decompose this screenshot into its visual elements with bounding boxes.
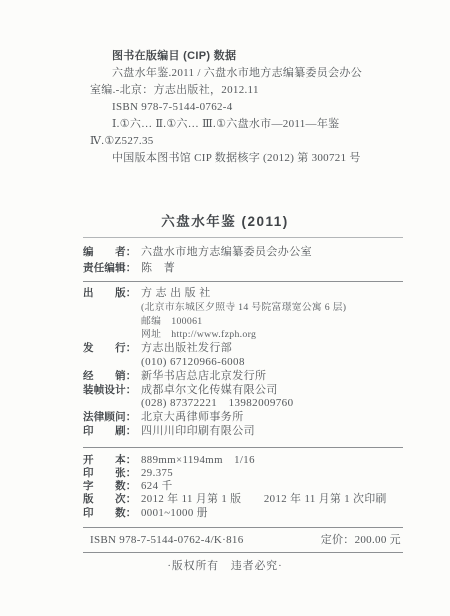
row-label: 编 者：: [83, 244, 141, 260]
row-value: 2012 年 11 月第 1 版 2012 年 11 月第 1 次印刷: [141, 493, 403, 506]
row-label: 印 张：: [83, 467, 141, 480]
row-value: 北京大禹律师事务所: [141, 411, 403, 425]
row-label: 法律顾问：: [83, 411, 141, 425]
editorial-block: 编 者： 六盘水市地方志编纂委员会办公室 责任编辑： 陈 菁: [83, 238, 403, 281]
row-value: 0001~1000 册: [141, 507, 403, 520]
row-label: 发 行：: [83, 342, 141, 356]
cip-block: 图书在版编目 (CIP) 数据 六盘水年鉴.2011 / 六盘水市地方志编纂委员…: [83, 48, 403, 167]
cip-line: 室编.-北京：方志出版社，2012.11: [90, 82, 403, 99]
publisher-row: 出 版： 方 志 出 版 社 (北京市东城区夕照寺 14 号院富璟宽公寓 6 层…: [83, 287, 403, 342]
publisher-address: (北京市东城区夕照寺 14 号院富璟宽公寓 6 层): [141, 301, 403, 315]
editor-row: 编 者： 六盘水市地方志编纂委员会办公室: [83, 244, 403, 260]
distributor-phone: (010) 67120966-6008: [141, 356, 403, 370]
publisher-name: 方 志 出 版 社: [141, 287, 403, 301]
law-firm-name: 北京大禹律师事务所: [141, 411, 403, 425]
row-label: 开 本：: [83, 454, 141, 467]
design-row: 装帧设计： 成都卓尔文化传媒有限公司 (028) 87372221 139820…: [83, 384, 403, 412]
copyright-notice: ·版权所有 违者必究·: [65, 558, 385, 573]
cip-classification-line: Ⅳ.①Z527.35: [90, 133, 403, 150]
row-label: 装帧设计：: [83, 384, 141, 398]
row-value: 陈 菁: [141, 260, 403, 276]
distributor-name: 方志出版社发行部: [141, 342, 403, 356]
retail-row: 经 销： 新华书店总店北京发行所: [83, 370, 403, 384]
row-value: 29.375: [141, 467, 403, 480]
row-label: 责任编辑：: [83, 260, 141, 276]
row-label: 字 数：: [83, 480, 141, 493]
website-url: 网址 http://www.fzph.org: [141, 328, 403, 342]
format-row: 开 本： 889mm×1194mm 1/16: [83, 454, 403, 467]
book-title: 六盘水年鉴 (2011): [65, 213, 385, 231]
price: 定价：200.00 元: [321, 533, 401, 547]
print-run-row: 印 数： 0001~1000 册: [83, 507, 403, 520]
design-company: 成都卓尔文化传媒有限公司: [141, 384, 403, 398]
printer-name: 四川川印印刷有限公司: [141, 425, 403, 439]
isbn-number: ISBN 978-7-5144-0762-4/K·816: [90, 533, 244, 547]
cip-registration-line: 中国版本图书馆 CIP 数据核字 (2012) 第 300721 号: [90, 150, 403, 167]
row-value: 四川川印印刷有限公司: [141, 425, 403, 439]
specs-block: 开 本： 889mm×1194mm 1/16 印 张： 29.375 字 数： …: [83, 448, 403, 527]
design-phone: (028) 87372221 13982009760: [141, 397, 403, 411]
word-count-row: 字 数： 624 千: [83, 480, 403, 493]
row-value: 624 千: [141, 480, 403, 493]
printer-row: 印 刷： 四川川印印刷有限公司: [83, 425, 403, 439]
row-label: 版 次：: [83, 493, 141, 506]
row-value: 方 志 出 版 社 (北京市东城区夕照寺 14 号院富璟宽公寓 6 层) 邮编 …: [141, 287, 403, 342]
cip-isbn-line: ISBN 978-7-5144-0762-4: [90, 99, 403, 116]
row-value: 新华书店总店北京发行所: [141, 370, 403, 384]
publishing-block: 出 版： 方 志 出 版 社 (北京市东城区夕照寺 14 号院富璟宽公寓 6 层…: [83, 282, 403, 447]
page-content: 图书在版编目 (CIP) 数据 六盘水年鉴.2011 / 六盘水市地方志编纂委员…: [0, 0, 450, 573]
cip-line: 六盘水年鉴.2011 / 六盘水市地方志编纂委员会办公: [90, 65, 403, 82]
sheets-row: 印 张： 29.375: [83, 467, 403, 480]
edition-row: 版 次： 2012 年 11 月第 1 版 2012 年 11 月第 1 次印刷: [83, 493, 403, 506]
row-value: 方志出版社发行部 (010) 67120966-6008: [141, 342, 403, 370]
managing-editor-row: 责任编辑： 陈 菁: [83, 260, 403, 276]
cip-classification-line: Ⅰ.①六… Ⅱ.①六… Ⅲ.①六盘水市—2011—年鉴: [90, 116, 403, 133]
postal-code: 邮编 100061: [141, 315, 403, 329]
row-value: 六盘水市地方志编纂委员会办公室: [141, 244, 403, 260]
divider: [83, 552, 403, 553]
row-label: 经 销：: [83, 370, 141, 384]
row-value: 889mm×1194mm 1/16: [141, 454, 403, 467]
cip-heading: 图书在版编目 (CIP) 数据: [90, 48, 403, 65]
row-label: 印 数：: [83, 507, 141, 520]
legal-counsel-row: 法律顾问： 北京大禹律师事务所: [83, 411, 403, 425]
row-value: 成都卓尔文化传媒有限公司 (028) 87372221 13982009760: [141, 384, 403, 412]
row-label: 出 版：: [83, 287, 141, 301]
colophon-page: 图书在版编目 (CIP) 数据 六盘水年鉴.2011 / 六盘水市地方志编纂委员…: [0, 0, 450, 616]
distribution-row: 发 行： 方志出版社发行部 (010) 67120966-6008: [83, 342, 403, 370]
retailer-name: 新华书店总店北京发行所: [141, 370, 403, 384]
isbn-price-row: ISBN 978-7-5144-0762-4/K·816 定价：200.00 元: [83, 528, 403, 552]
row-label: 印 刷：: [83, 425, 141, 439]
